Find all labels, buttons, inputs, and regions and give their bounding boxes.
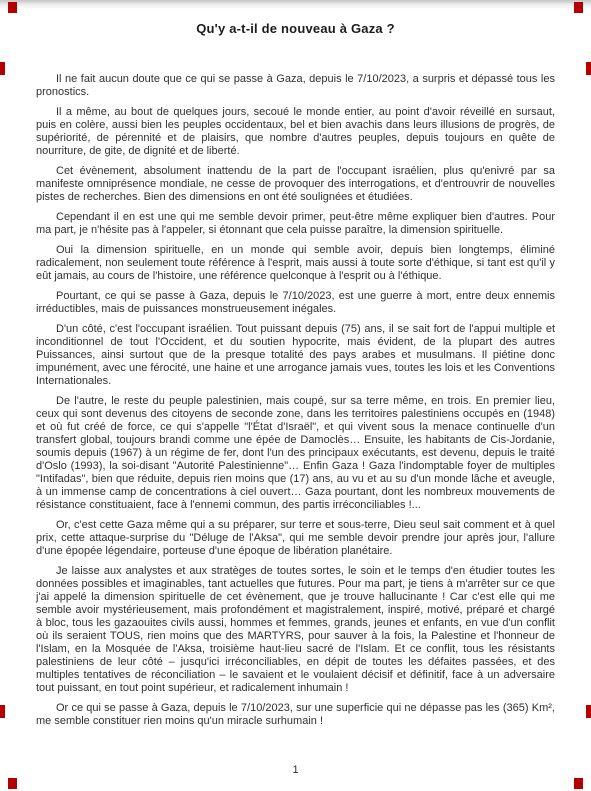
paragraph: Cet évènement, absolument inattendu de l… bbox=[36, 165, 555, 204]
paragraph: De l'autre, le reste du peuple palestini… bbox=[36, 395, 555, 512]
registration-mark-right-upper bbox=[586, 62, 591, 75]
paragraph: Or ce qui se passe à Gaza, depuis le 7/1… bbox=[36, 702, 555, 728]
registration-mark-left-upper bbox=[0, 62, 5, 75]
document-page: Qu'y a-t-il de nouveau à Gaza ? Il ne fa… bbox=[0, 0, 591, 791]
registration-mark-bottom-right bbox=[574, 778, 583, 789]
registration-mark-left-lower bbox=[0, 705, 5, 718]
paragraph: Cependant il en est une qui me semble de… bbox=[36, 211, 555, 237]
registration-mark-top-right bbox=[574, 2, 583, 13]
paragraph: Je laisse aux analystes et aux stratèges… bbox=[36, 565, 555, 695]
paragraph: Oui la dimension spirituelle, en un mond… bbox=[36, 244, 555, 283]
document-title: Qu'y a-t-il de nouveau à Gaza ? bbox=[36, 21, 555, 36]
paragraph: Il a même, au bout de quelques jours, se… bbox=[36, 106, 555, 158]
page-number: 1 bbox=[0, 764, 591, 776]
paragraph: Pourtant, ce qui se passe à Gaza, depuis… bbox=[36, 290, 555, 316]
registration-mark-right-lower bbox=[586, 705, 591, 718]
page-top-shadow bbox=[0, 0, 591, 9]
paragraph: D'un côté, c'est l'occupant israélien. T… bbox=[36, 323, 555, 388]
registration-mark-bottom-left bbox=[8, 778, 17, 789]
paragraph: Or, c'est cette Gaza même qui a su prépa… bbox=[36, 519, 555, 558]
registration-mark-top-left bbox=[8, 2, 17, 13]
document-body: Il ne fait aucun doute que ce qui se pas… bbox=[36, 73, 555, 728]
paragraph: Il ne fait aucun doute que ce qui se pas… bbox=[36, 73, 555, 99]
